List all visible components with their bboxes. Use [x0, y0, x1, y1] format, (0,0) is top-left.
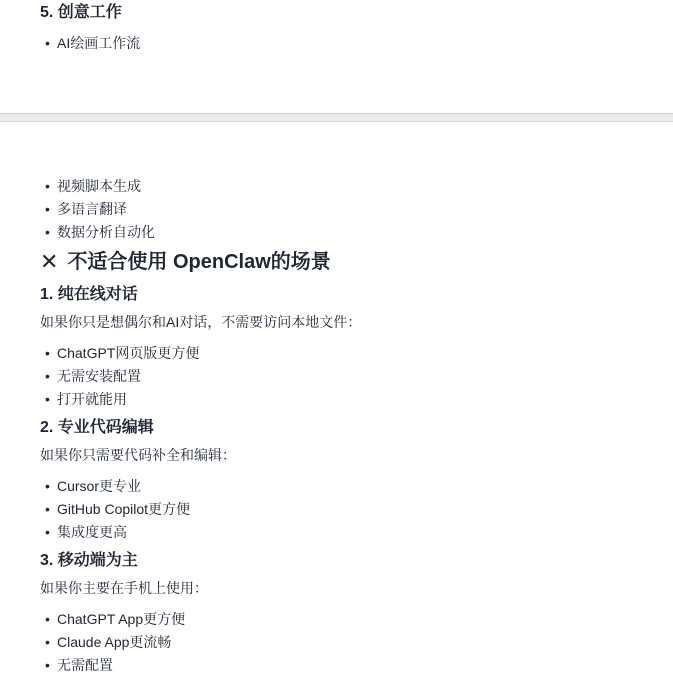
- bullet-list-carryover: 视频脚本生成 多语言翻译 数据分析自动化: [40, 178, 633, 240]
- subsection-heading: 2. 专业代码编辑: [40, 419, 633, 437]
- subsection-heading: 1. 纯在线对话: [40, 286, 633, 304]
- intro-paragraph: 如果你只需要代码补全和编辑：: [40, 447, 633, 463]
- subsection-professional-code-editing: 2. 专业代码编辑 如果你只需要代码补全和编辑： Cursor更专业 GitHu…: [40, 419, 633, 540]
- x-mark-icon: ✕: [40, 251, 58, 273]
- intro-paragraph: 如果你只是想偶尔和AI对话，不需要访问本地文件：: [40, 314, 633, 330]
- section-heading-text: 不适合使用 OpenClaw的场景: [67, 250, 330, 274]
- section-heading-unsuitable-scenarios: ✕ 不适合使用 OpenClaw的场景: [40, 250, 633, 274]
- list-item: 打开就能用: [40, 391, 633, 407]
- bullet-list-creative: AI绘画工作流: [40, 35, 633, 51]
- bullet-list: ChatGPT网页版更方便 无需安装配置 打开就能用: [40, 345, 633, 407]
- subsection-pure-online-chat: 1. 纯在线对话 如果你只是想偶尔和AI对话，不需要访问本地文件： ChatGP…: [40, 286, 633, 407]
- subsection-mobile-first: 3. 移动端为主 如果你主要在手机上使用： ChatGPT App更方便 Cla…: [40, 552, 633, 673]
- intro-paragraph: 如果你主要在手机上使用：: [40, 580, 633, 596]
- list-item: Cursor更专业: [40, 478, 633, 494]
- list-item: 集成度更高: [40, 524, 633, 540]
- list-item: GitHub Copilot更方便: [40, 501, 633, 517]
- section-next-page: 视频脚本生成 多语言翻译 数据分析自动化 ✕ 不适合使用 OpenClaw的场景…: [0, 178, 673, 673]
- list-item: 数据分析自动化: [40, 224, 633, 240]
- page-break-divider: [0, 113, 673, 122]
- list-item: 视频脚本生成: [40, 178, 633, 194]
- list-item: ChatGPT网页版更方便: [40, 345, 633, 361]
- list-item: 无需配置: [40, 657, 633, 673]
- list-item: ChatGPT App更方便: [40, 611, 633, 627]
- list-item: 多语言翻译: [40, 201, 633, 217]
- subsection-heading: 3. 移动端为主: [40, 552, 633, 570]
- list-item: 无需安装配置: [40, 368, 633, 384]
- list-item: Claude App更流畅: [40, 634, 633, 650]
- section-creative-work: 5. 创意工作 AI绘画工作流: [0, 0, 673, 51]
- subsection-heading-creative-work: 5. 创意工作: [40, 4, 633, 22]
- list-item: AI绘画工作流: [40, 35, 633, 51]
- bullet-list: ChatGPT App更方便 Claude App更流畅 无需配置: [40, 611, 633, 673]
- bullet-list: Cursor更专业 GitHub Copilot更方便 集成度更高: [40, 478, 633, 540]
- document-page[interactable]: 5. 创意工作 AI绘画工作流 视频脚本生成 多语言翻译 数据分析自动化 ✕ 不…: [0, 0, 673, 673]
